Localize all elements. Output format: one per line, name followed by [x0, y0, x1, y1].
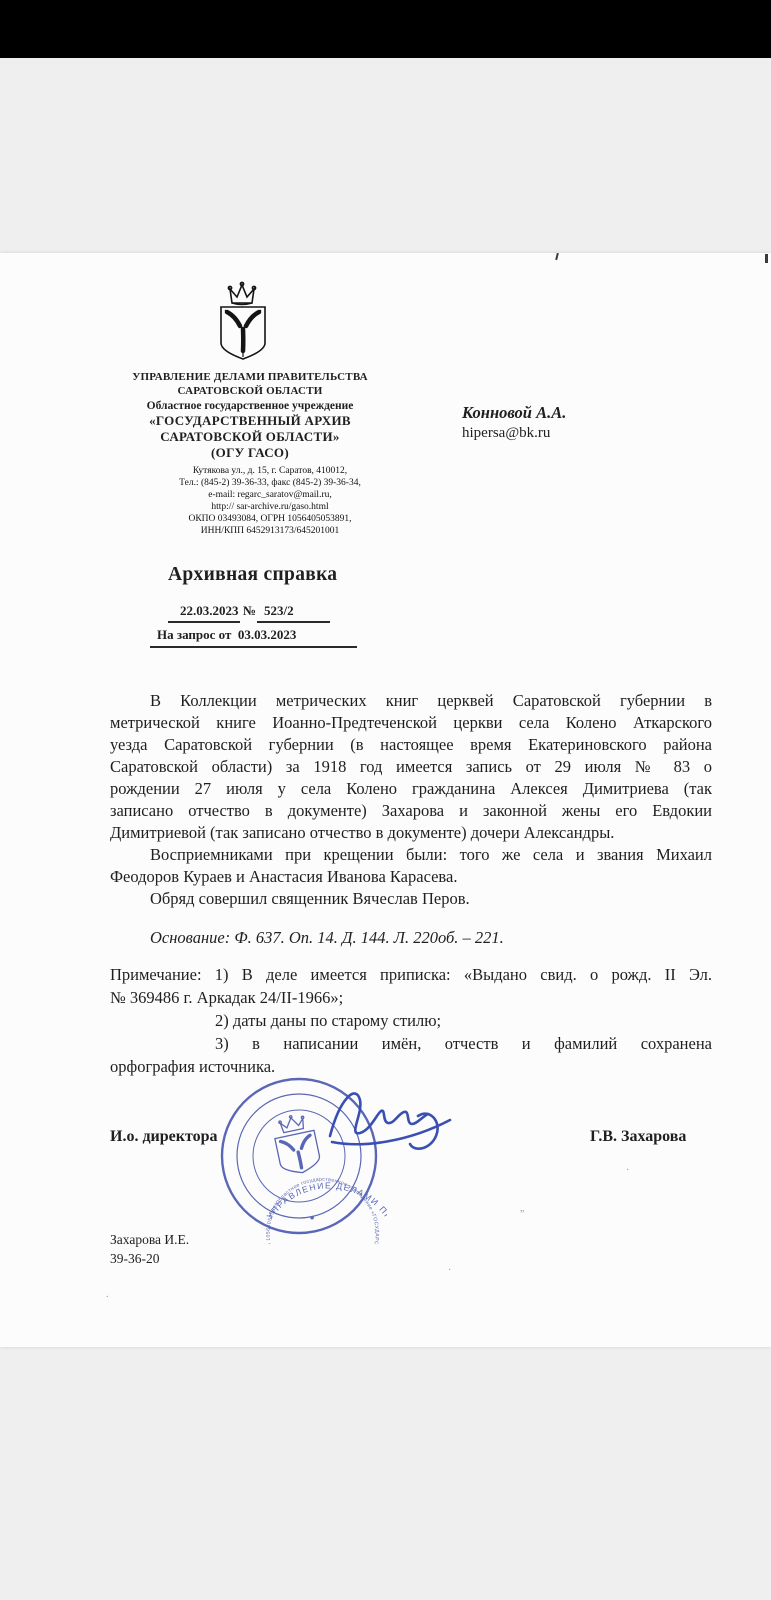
org-abbrev: (ОГУ ГАСО) — [95, 446, 405, 460]
executor-name: Захарова И.Е. — [110, 1230, 189, 1249]
org-email-line: e-mail: regarc_saratov@mail.ru, — [115, 490, 425, 502]
scan-speck: · — [626, 1165, 629, 1176]
org-title-line1: «ГОСУДАРСТВЕННЫЙ АРХИВ — [95, 414, 405, 428]
body-line: В Коллекции метрических книг церквей Сар… — [110, 691, 712, 711]
org-name-line1: УПРАВЛЕНИЕ ДЕЛАМИ ПРАВИТЕЛЬСТВА — [95, 370, 405, 384]
org-site-line: http:// sar-archive.ru/gaso.html — [115, 502, 425, 514]
note-line: 2) даты даны по старому стилю; — [110, 1011, 712, 1031]
org-address-line: Кутякова ул., д. 15, г. Саратов, 410012, — [115, 466, 425, 478]
basis-line: Основание: Ф. 637. Оп. 14. Д. 144. Л. 22… — [110, 928, 712, 948]
document-page: УПРАВЛЕНИЕ ДЕЛАМИ ПРАВИТЕЛЬСТВА САРАТОВС… — [0, 253, 771, 1347]
executor-phone: 39-36-20 — [110, 1249, 160, 1268]
org-okpo-line: ОКПО 03493084, ОГРН 1056405053891, — [115, 514, 425, 526]
request-label-text: На запрос от — [157, 627, 231, 642]
body-line: рождении 27 июля у села Колено гражданин… — [110, 779, 712, 799]
note-line: Примечание: 1) В деле имеется приписка: … — [110, 965, 712, 985]
note-line: № 369486 г. Аркадак 24/II-1966»; — [110, 988, 712, 1008]
note-line: 3) в написании имён, отчеств и фамилий с… — [110, 1034, 712, 1054]
body-line: уезда Саратовской губернии (в настоящее … — [110, 735, 712, 755]
org-name-line2: САРАТОВСКОЙ ОБЛАСТИ — [95, 384, 405, 398]
number-sign: № — [243, 603, 256, 619]
org-type-line: Областное государственное учреждение — [95, 399, 405, 413]
body-line: Феодоров Кураев и Анастасия Иванова Кара… — [110, 867, 712, 887]
signer-name: Г.В. Захарова — [590, 1128, 686, 1146]
note-line: орфография источника. — [110, 1057, 712, 1077]
request-label: На запрос от 03.03.2023 — [157, 627, 296, 643]
reg-number-underline — [257, 621, 330, 623]
screenshot-top-black-bar — [0, 0, 771, 58]
stamp-coat-of-arms-icon — [271, 1112, 322, 1177]
addressee-name: Конновой А.А. — [462, 403, 566, 423]
body-line: метрической книге Иоанно-Предтеченской ц… — [110, 713, 712, 733]
document-title: Архивная справка — [168, 564, 337, 586]
signer-position: И.о. директора — [110, 1128, 218, 1146]
body-line: Димитриевой (так записано отчество в док… — [110, 823, 712, 843]
scan-speck: „ — [520, 1203, 524, 1214]
scan-speck: · — [448, 1265, 451, 1276]
body-line: Обряд совершил священник Вячеслав Перов. — [110, 889, 712, 909]
director-signature — [318, 1078, 463, 1163]
saratov-coat-of-arms-icon — [213, 281, 275, 365]
org-phone-line: Тел.: (845-2) 39-36-33, факс (845-2) 39-… — [115, 478, 425, 490]
body-line: Саратовской области) за 1918 год имеется… — [110, 757, 712, 777]
body-line: записано отчество в документе) Захарова … — [110, 801, 712, 821]
org-title-line2: САРАТОВСКОЙ ОБЛАСТИ» — [95, 430, 405, 444]
reg-date-underline — [168, 621, 240, 623]
reg-number: 523/2 — [264, 603, 294, 619]
scan-artifact — [765, 254, 768, 263]
request-underline — [150, 646, 357, 648]
body-line: Восприемниками при крещении были: того ж… — [110, 845, 712, 865]
org-inn-line: ИНН/КПП 6452913173/645201001 — [115, 526, 425, 538]
addressee-email: hipersa@bk.ru — [462, 425, 550, 442]
request-date: 03.03.2023 — [238, 627, 297, 642]
reg-date: 22.03.2023 — [180, 603, 239, 619]
scan-speck: . — [106, 1289, 109, 1300]
scan-artifact — [555, 253, 559, 260]
